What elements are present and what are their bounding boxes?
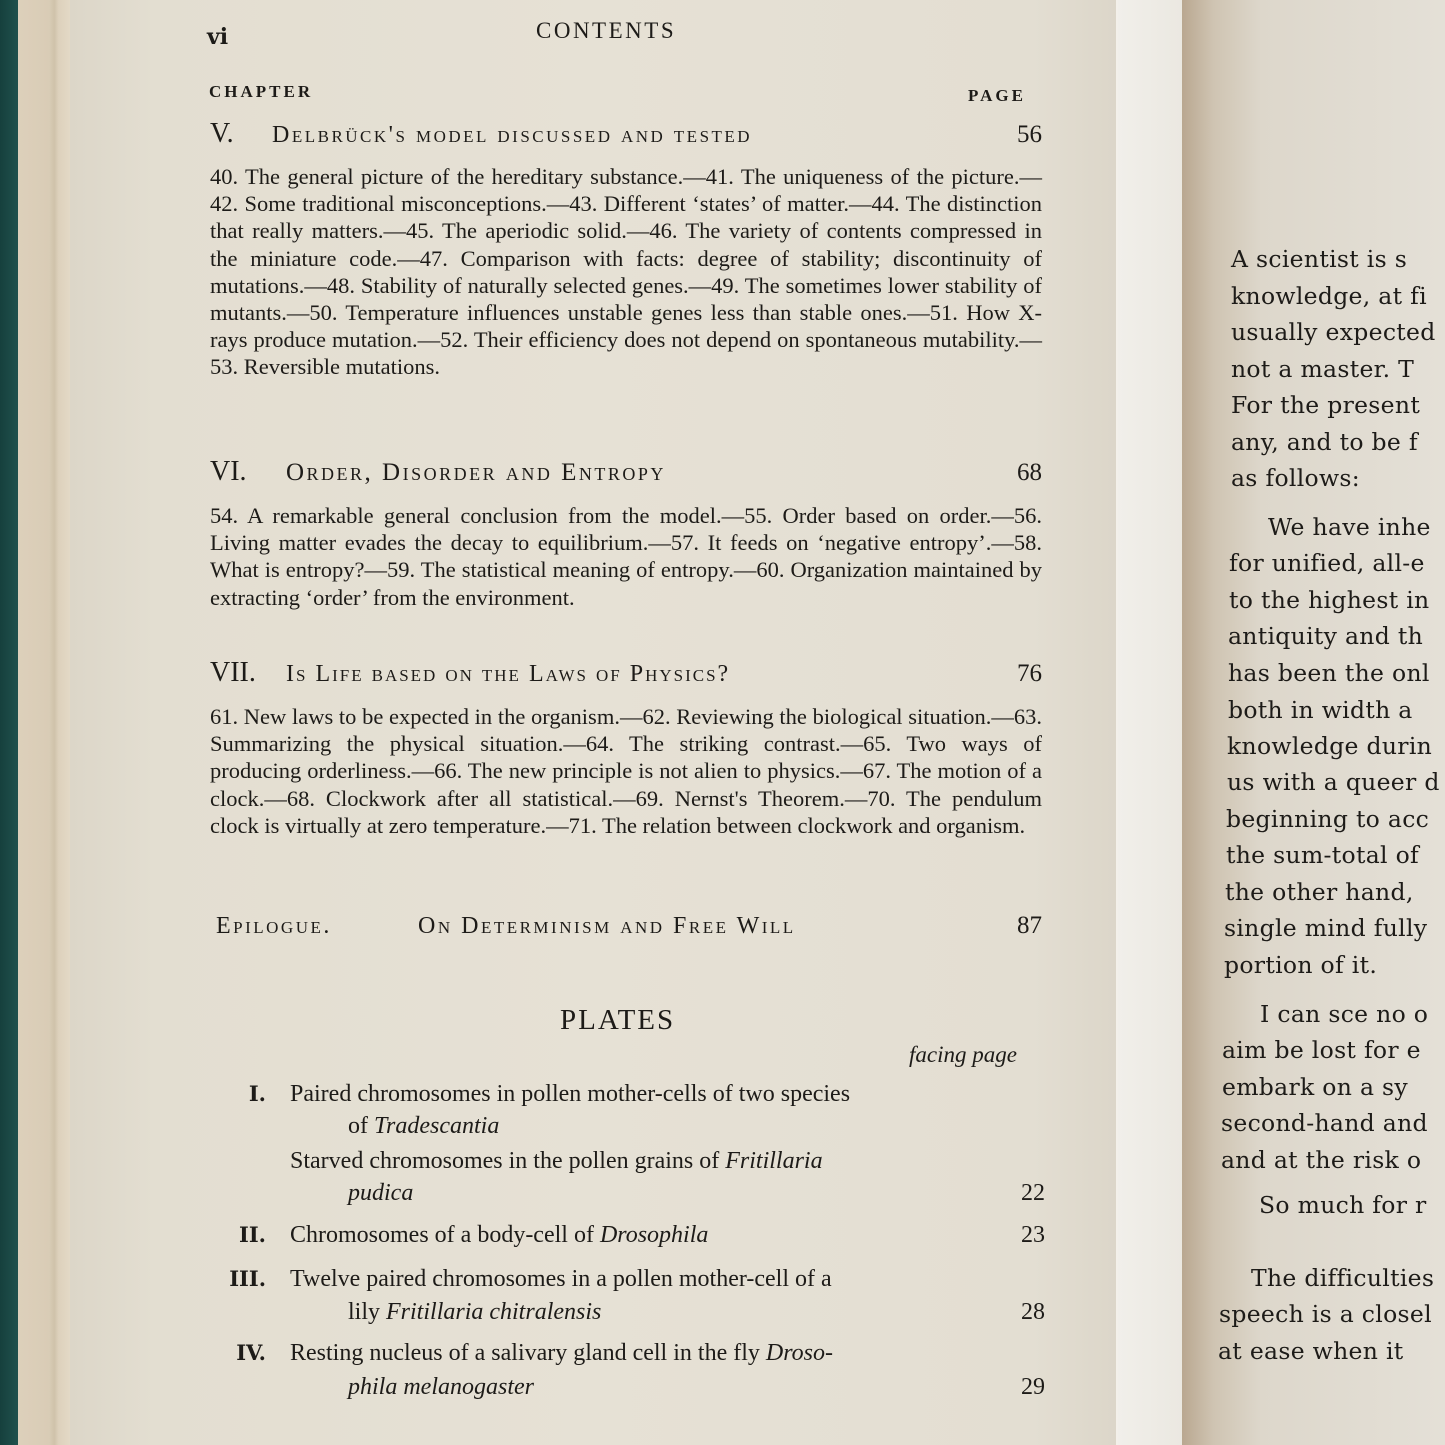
plate-species: Fritillaria <box>725 1148 822 1174</box>
body-text-line: and at the risk o <box>1221 1146 1421 1174</box>
body-text-line: us with a queer d <box>1227 768 1440 796</box>
plate-description-line: lily Fritillaria chitralensis <box>290 1296 1058 1328</box>
plate-text: Chromosomes of a body-cell of <box>290 1222 600 1248</box>
body-text-line: for unified, all-e <box>1229 549 1425 577</box>
page-folio: vi <box>207 24 228 50</box>
plate-species: phila melanogaster <box>348 1374 534 1400</box>
body-text-line: any, and to be f <box>1231 428 1418 456</box>
plates-heading: PLATES <box>560 1004 675 1037</box>
chapter-title: Order, Disorder and Entropy <box>286 459 1017 487</box>
plate-page: 28 <box>1021 1296 1045 1328</box>
running-head: CONTENTS <box>536 18 676 44</box>
chapter-page: 56 <box>1017 121 1042 149</box>
column-header-page: PAGE <box>968 86 1026 106</box>
body-text-line: aim be lost for e <box>1222 1036 1421 1064</box>
body-text-line: For the present <box>1231 391 1420 419</box>
body-text-line: knowledge durin <box>1227 732 1432 760</box>
epilogue-title: On Determinism and Free Will <box>418 913 1017 940</box>
plate-number: I. <box>200 1078 266 1110</box>
chapter-title: Delbrück's model discussed and tested <box>272 122 1017 149</box>
chapter-page: 76 <box>1017 660 1042 688</box>
chapter-heading-vi: VI. Order, Disorder and Entropy 68 <box>210 456 1042 488</box>
plate-page: 22 <box>1021 1177 1045 1209</box>
body-text-line: has been the onl <box>1228 659 1430 687</box>
book-cover-edge <box>0 0 18 1445</box>
chapter-summary-v: 40. The general picture of the hereditar… <box>210 163 1042 381</box>
body-text-line: beginning to acc <box>1226 805 1429 833</box>
plate-species: Droso- <box>766 1340 833 1366</box>
chapter-heading-vii: VII. Is Life based on the Laws of Physic… <box>210 657 1042 689</box>
plate-description-line: Twelve paired chromosomes in a pollen mo… <box>290 1263 1000 1295</box>
body-text-line: single mind fully <box>1224 914 1427 942</box>
plate-text: Starved chromosomes in the pollen grains… <box>290 1148 725 1174</box>
body-text-line: the sum-total of <box>1226 841 1419 869</box>
plate-species: Fritillaria chitralensis <box>386 1299 601 1325</box>
chapter-number: VII. <box>210 657 286 689</box>
plate-text: lily <box>348 1299 386 1325</box>
chapter-number: V. <box>210 118 272 150</box>
plate-number: III. <box>200 1263 266 1295</box>
body-text-line: usually expected <box>1231 318 1436 346</box>
plate-species: Tradescantia <box>374 1113 499 1139</box>
plate-description-line: phila melanogaster <box>290 1371 1058 1403</box>
body-text-line: both in width a <box>1228 696 1413 724</box>
body-text-line: antiquity and th <box>1228 622 1423 650</box>
chapter-heading-v: V. Delbrück's model discussed and tested… <box>210 118 1042 150</box>
chapter-title: Is Life based on the Laws of Physics? <box>286 661 1017 688</box>
plate-number: II. <box>200 1219 266 1251</box>
chapter-summary-vii: 61. New laws to be expected in the organ… <box>210 703 1042 839</box>
plate-description-line: Chromosomes of a body-cell of Drosophila <box>290 1219 1000 1251</box>
body-text-line: the other hand, <box>1225 878 1414 906</box>
body-text-line: The difficulties <box>1251 1264 1434 1292</box>
body-text-line: A scientist is s <box>1231 245 1407 273</box>
plate-text: Resting nucleus of a salivary gland cell… <box>290 1340 766 1366</box>
plate-species: pudica <box>348 1180 413 1206</box>
chapter-summary-vi: 54. A remarkable general conclusion from… <box>210 502 1042 611</box>
chapter-number: VI. <box>210 456 286 488</box>
plate-species: Drosophila <box>600 1222 708 1248</box>
column-header-chapter: CHAPTER <box>209 82 313 102</box>
plate-description-line: of Tradescantia <box>290 1110 1058 1142</box>
plate-page: 29 <box>1021 1371 1045 1403</box>
plate-description-line: Starved chromosomes in the pollen grains… <box>290 1145 1000 1177</box>
white-leaf <box>1118 0 1182 1445</box>
body-text-line: We have inhe <box>1268 513 1431 541</box>
epilogue-page: 87 <box>1017 912 1042 940</box>
page-block-edge <box>18 0 71 1445</box>
body-text-line: speech is a closel <box>1219 1300 1432 1328</box>
chapter-page: 68 <box>1017 459 1042 487</box>
facing-page-label: facing page <box>909 1042 1017 1068</box>
plate-text: of <box>348 1113 374 1139</box>
epilogue-heading: Epilogue. On Determinism and Free Will 8… <box>216 912 1042 940</box>
body-text-line: portion of it. <box>1224 951 1377 979</box>
body-text-line: I can sce no o <box>1260 1000 1428 1028</box>
plate-page: 23 <box>1021 1219 1045 1251</box>
body-text-line: as follows: <box>1231 464 1360 492</box>
body-text-line: not a master. T <box>1231 355 1414 383</box>
body-text-line: second-hand and <box>1221 1109 1428 1137</box>
body-text-line: So much for r <box>1259 1191 1427 1219</box>
epilogue-label: Epilogue. <box>216 913 418 940</box>
body-text-line: to the highest in <box>1229 586 1429 614</box>
body-text-line: knowledge, at fi <box>1231 282 1427 310</box>
plate-number: IV. <box>200 1337 266 1369</box>
plate-description-line: Paired chromosomes in pollen mother-cell… <box>290 1078 1000 1110</box>
body-text-line: at ease when it <box>1218 1337 1404 1365</box>
plate-description-line: Resting nucleus of a salivary gland cell… <box>290 1337 1000 1369</box>
plate-description-line: pudica <box>290 1177 1058 1209</box>
body-text-line: embark on a sy <box>1222 1073 1408 1101</box>
